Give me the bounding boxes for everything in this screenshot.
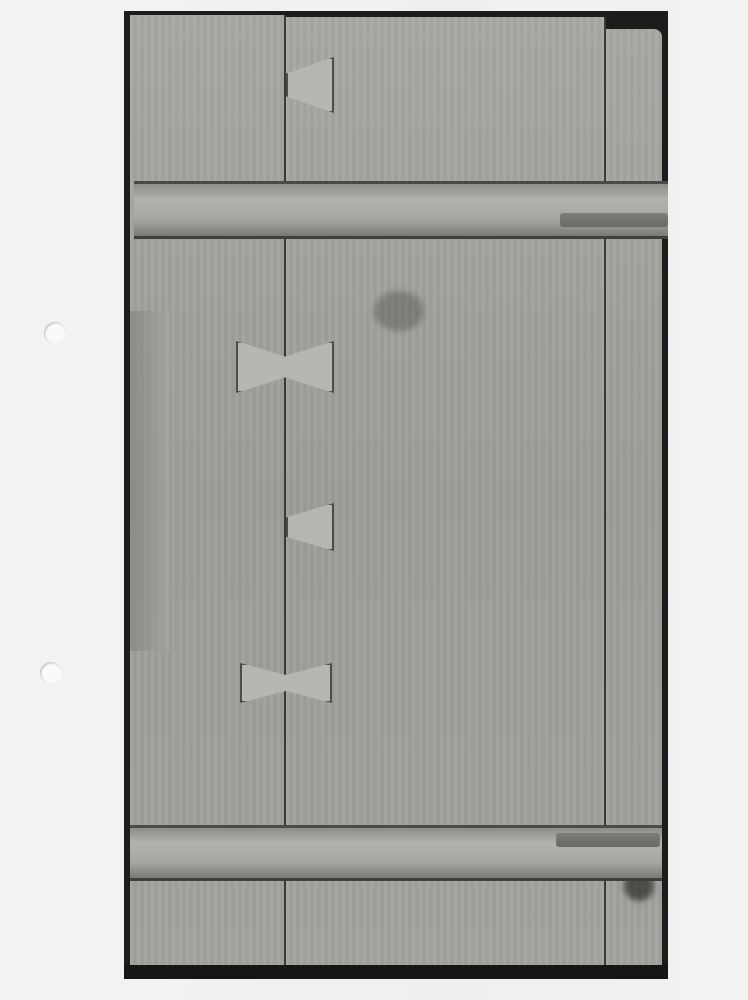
top-hinge-strap (560, 213, 668, 227)
top-batten (134, 181, 668, 239)
punch-hole-bottom (40, 662, 62, 684)
shadow-band (124, 965, 668, 979)
bottom-hinge-strap (556, 833, 660, 847)
photograph (124, 11, 668, 979)
photo-mount-card (0, 0, 748, 1000)
punch-hole-top (44, 322, 66, 344)
stain (374, 291, 424, 331)
weathered-edge (130, 311, 170, 651)
